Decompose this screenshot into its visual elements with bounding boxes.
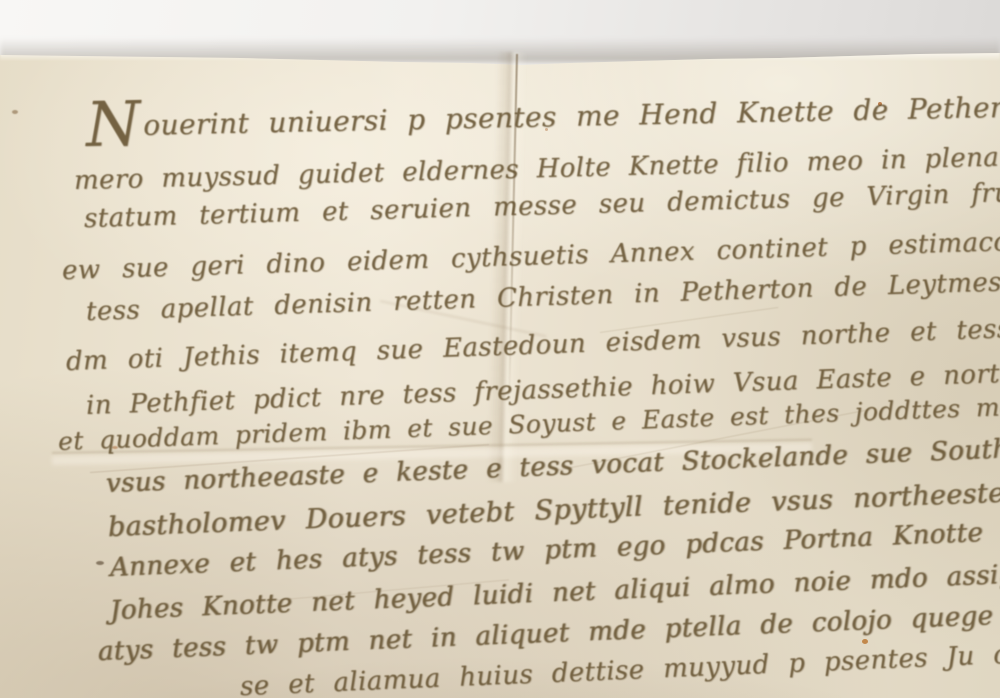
ink-speck bbox=[12, 110, 18, 114]
illuminated-initial: N bbox=[85, 87, 141, 161]
rust-speck bbox=[862, 639, 868, 644]
ink-speck bbox=[96, 561, 104, 565]
photo-of-manuscript: Nouerint uniuersi p psentes me Hend Knet… bbox=[0, 0, 1000, 698]
